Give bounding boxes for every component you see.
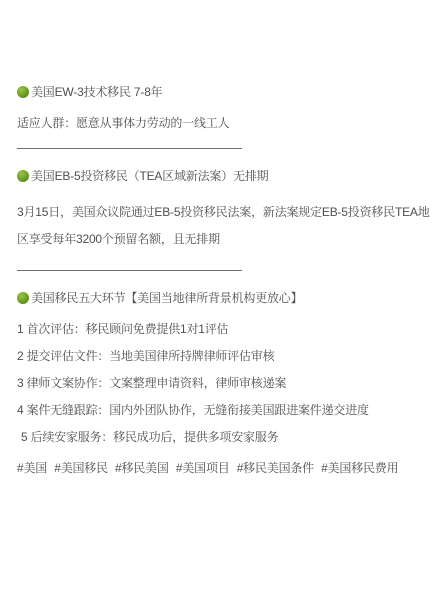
step-item: 5 后续安家服务：移民成功后，提供多项安家服务	[17, 429, 431, 445]
step-item: 1 首次评估：移民顾问免费提供1对1评估	[17, 321, 431, 337]
section-text-line: 3月15日，美国众议院通过EB-5投资移民法案，新法案规定EB-5投资移民TEA…	[17, 199, 431, 253]
step-list: 1 首次评估：移民顾问免费提供1对1评估 2 提交评估文件：当地美国律所持牌律师…	[17, 321, 431, 445]
step-item: 2 提交评估文件：当地美国律所持牌律师评估审核	[17, 348, 431, 364]
section-eb5-immigration: 美国EB-5投资移民（TEA区域新法案）无排期 3月15日，美国众议院通过EB-…	[17, 168, 431, 253]
section-heading: 美国移民五大环节【美国当地律所背景机构更放心】	[17, 290, 431, 306]
section-divider	[17, 270, 242, 271]
green-ball-icon	[17, 86, 29, 98]
green-ball-icon	[17, 170, 29, 182]
section-heading-text: 美国移民五大环节【美国当地律所背景机构更放心】	[31, 290, 302, 306]
hashtag: #移民美国条件	[237, 461, 314, 475]
hashtag-row: #美国 #美国移民 #移民美国 #美国项目 #移民美国条件 #美国移民费用	[17, 460, 431, 476]
section-heading-text: 美国EB-5投资移民（TEA区域新法案）无排期	[31, 168, 268, 184]
section-heading: 美国EW-3技术移民 7-8年	[17, 84, 431, 100]
hashtag: #美国移民	[54, 461, 108, 475]
section-text-line: 适应人群：愿意从事体力劳动的一线工人	[17, 115, 431, 131]
hashtag: #移民美国	[115, 461, 169, 475]
section-heading: 美国EB-5投资移民（TEA区域新法案）无排期	[17, 168, 431, 184]
green-ball-icon	[17, 292, 29, 304]
section-heading-text: 美国EW-3技术移民 7-8年	[31, 84, 162, 100]
section-ew3-immigration: 美国EW-3技术移民 7-8年 适应人群：愿意从事体力劳动的一线工人	[17, 84, 431, 131]
step-item: 3 律师文案协作：文案整理申请资料，律师审核递案	[17, 375, 431, 391]
hashtag: #美国	[17, 461, 47, 475]
hashtag: #美国项目	[176, 461, 230, 475]
post-body: 美国EW-3技术移民 7-8年 适应人群：愿意从事体力劳动的一线工人 美国EB-…	[0, 0, 447, 600]
section-divider	[17, 148, 242, 149]
section-five-steps: 美国移民五大环节【美国当地律所背景机构更放心】 1 首次评估：移民顾问免费提供1…	[17, 290, 431, 476]
step-item: 4 案件无缝跟踪：国内外团队协作，无缝衔接美国跟进案件递交进度	[17, 402, 431, 418]
hashtag: #美国移民费用	[321, 461, 398, 475]
